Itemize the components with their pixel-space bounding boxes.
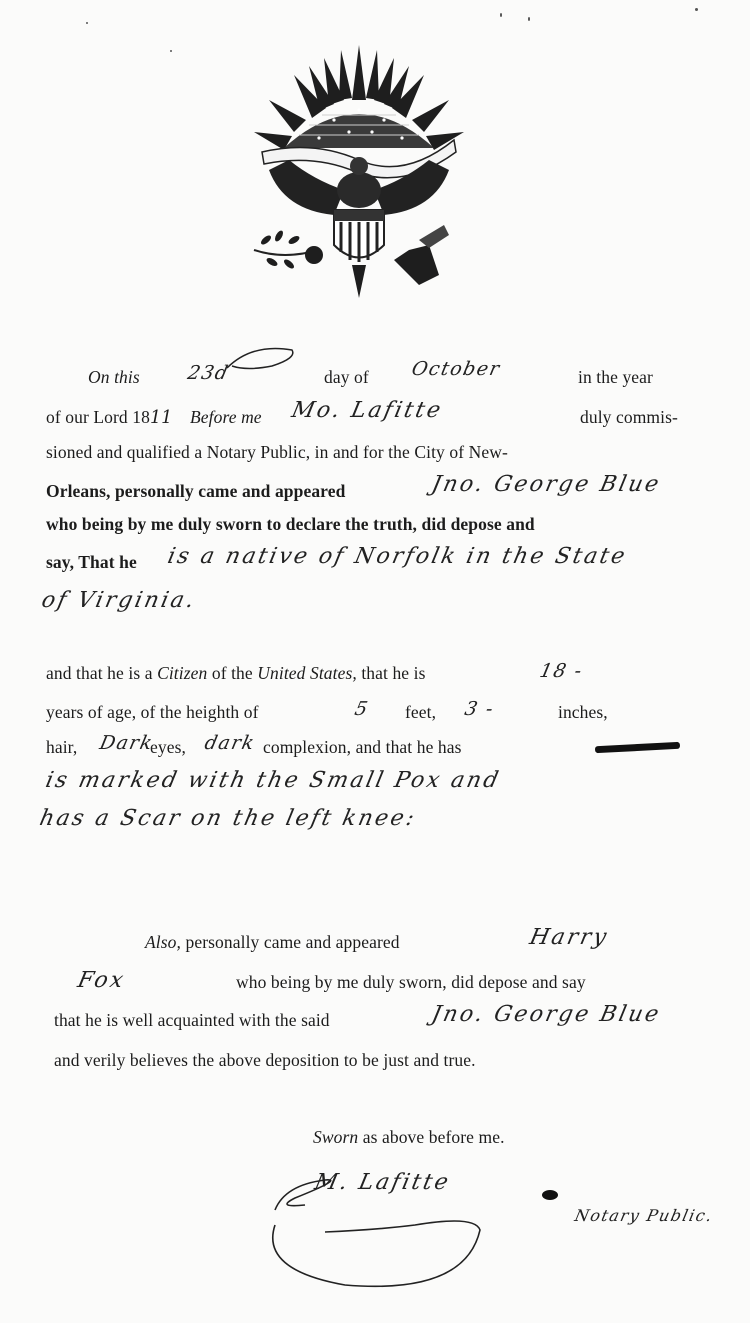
handwritten-witness-last: Fox xyxy=(75,968,128,993)
closing-line: Sworn as above before me. xyxy=(313,1127,505,1148)
label-complexion: complexion, and that he has xyxy=(263,737,462,758)
p1-line5: who being by me duly sworn to declare th… xyxy=(46,514,535,535)
handwritten-scar: has a Scar on the left knee: xyxy=(37,806,418,831)
text: of the xyxy=(212,663,253,683)
p3-line1: Also, personally came and appeared xyxy=(145,932,400,953)
p1-line3: sioned and qualified a Notary Public, in… xyxy=(46,442,508,463)
paper-speck xyxy=(86,22,88,24)
label-feet: feet, xyxy=(405,702,436,723)
day-flourish xyxy=(222,338,302,378)
text-sworn: Sworn xyxy=(313,1127,358,1147)
handwritten-person-name-2: Jno. George Blue xyxy=(429,1002,663,1027)
label-before-me: Before me xyxy=(190,407,262,428)
handwritten-person-name: Jno. George Blue xyxy=(429,472,663,497)
p2-line1: and that he is a Citizen of the United S… xyxy=(46,663,426,684)
label-eyes: eyes, xyxy=(150,737,186,758)
label-duly-commis: duly commis- xyxy=(580,407,678,428)
label-inches: inches, xyxy=(558,702,608,723)
label-hair: hair, xyxy=(46,737,77,758)
handwritten-native-of: is a native of Norfolk in the State xyxy=(165,544,629,569)
handwritten-marks: is marked with the Small Pox and xyxy=(43,768,502,793)
p3-line2: who being by me duly sworn, did depose a… xyxy=(236,972,586,993)
handwritten-inches: 3 - xyxy=(463,698,497,720)
label-in-the-year: in the year xyxy=(578,367,653,388)
label-on-this: On this xyxy=(88,367,140,387)
text-also: Also, xyxy=(145,932,181,952)
p3-line4: and verily believes the above deposition… xyxy=(54,1050,476,1071)
eagle-emblem-icon xyxy=(244,40,474,298)
text-citizen: Citizen xyxy=(157,663,207,683)
paper-speck xyxy=(528,17,530,21)
notary-title: Notary Public. xyxy=(573,1206,715,1225)
p3-line3: that he is well acquainted with the said xyxy=(54,1010,330,1031)
text: as above before me. xyxy=(363,1127,505,1147)
p1-line2: of our Lord 1811 xyxy=(46,407,172,428)
handwritten-month: October xyxy=(410,358,503,380)
handwritten-witness-first: Harry xyxy=(527,925,611,950)
handwritten-age: 18 - xyxy=(538,660,585,682)
handwritten-eyes: dark xyxy=(203,732,258,754)
p1-line6: say, That he xyxy=(46,552,137,573)
text: and that he is a xyxy=(46,663,153,683)
handwritten-state: of Virginia. xyxy=(39,588,198,613)
handwritten-year: 11 xyxy=(150,408,172,428)
paper-speck xyxy=(170,50,172,52)
handwritten-feet: 5 xyxy=(353,698,371,720)
p1-line4: Orleans, personally came and appeared xyxy=(46,481,345,502)
paper-speck xyxy=(500,13,502,17)
p2-line2: years of age, of the heighth of xyxy=(46,702,259,723)
paper-speck xyxy=(695,8,698,11)
ink-blot-strikeout xyxy=(595,742,680,753)
p1-line1: On this xyxy=(88,367,140,388)
handwritten-hair: Dark xyxy=(98,732,156,754)
text-united-states: United States, xyxy=(257,663,357,683)
text: that he is xyxy=(361,663,425,683)
label-of-our-lord: of our Lord 18 xyxy=(46,407,150,427)
notary-signature: M. Lafitte xyxy=(312,1170,452,1195)
label-day-of: day of xyxy=(324,367,369,388)
handwritten-notary-name: Mo. Lafitte xyxy=(289,398,445,423)
text: personally came and appeared xyxy=(185,932,399,952)
